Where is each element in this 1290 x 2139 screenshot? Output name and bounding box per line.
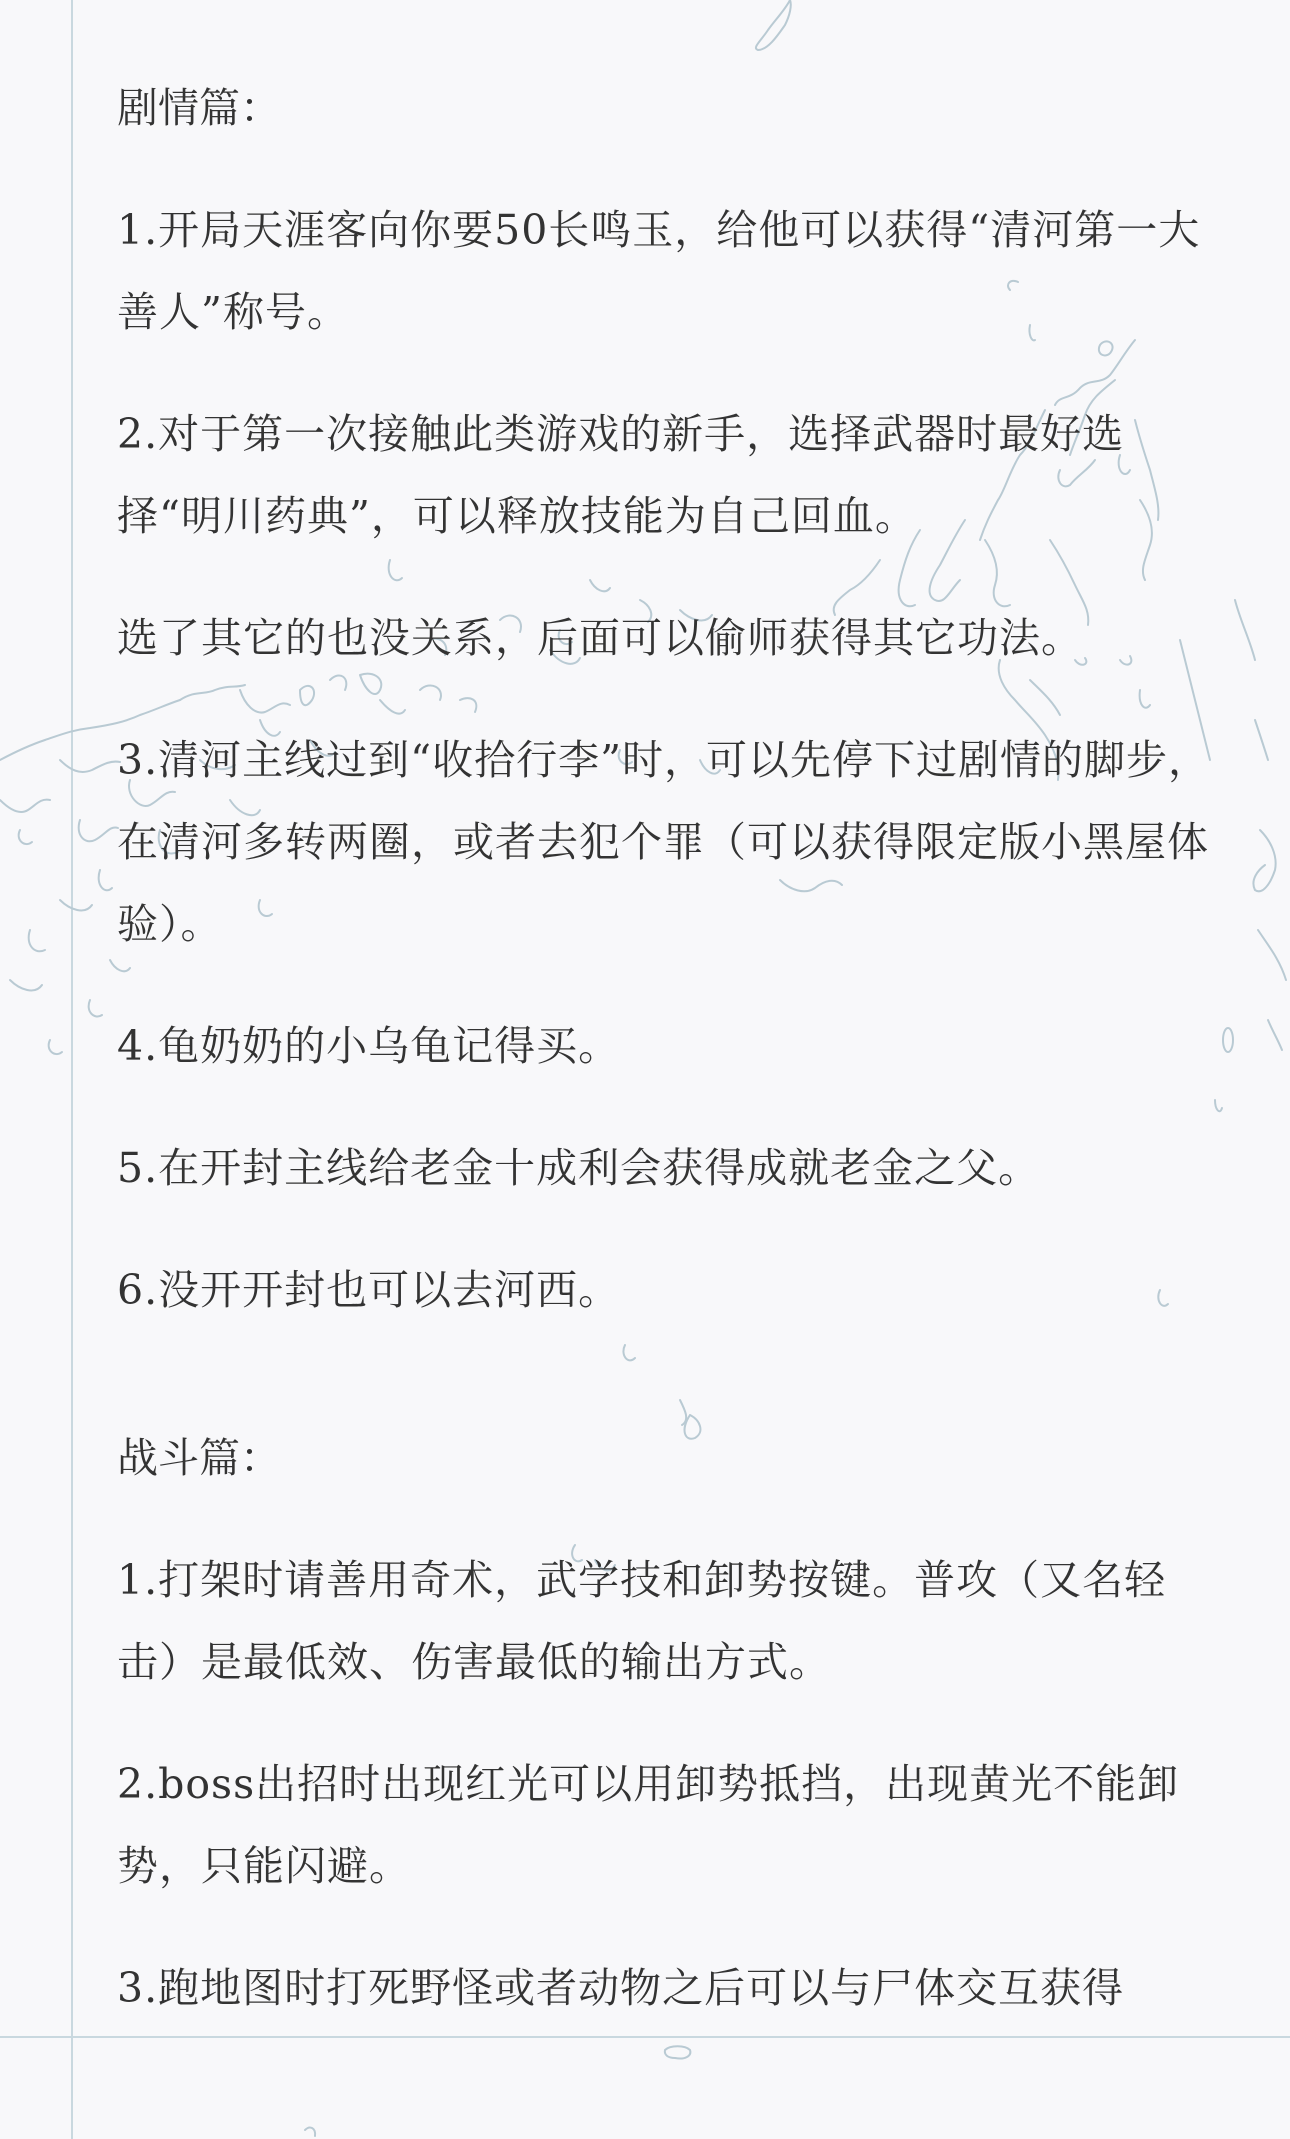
story-tip-4: 4.龟奶奶的小乌龟记得买。 — [117, 1005, 1227, 1087]
article-content: 剧情篇： 1.开局天涯客向你要50长鸣玉，给他可以获得“清河第一大善人”称号。 … — [117, 67, 1227, 2069]
section-title-story: 剧情篇： — [117, 67, 1227, 149]
story-tip-6: 6.没开开封也可以去河西。 — [117, 1249, 1227, 1331]
story-tip-2-note: 选了其它的也没关系，后面可以偷师获得其它功法。 — [117, 597, 1227, 679]
story-section: 剧情篇： 1.开局天涯客向你要50长鸣玉，给他可以获得“清河第一大善人”称号。 … — [117, 67, 1227, 1331]
story-tip-1: 1.开局天涯客向你要50长鸣玉，给他可以获得“清河第一大善人”称号。 — [117, 189, 1227, 353]
combat-tip-2: 2.boss出招时出现红光可以用卸势抵挡，出现黄光不能卸势，只能闪避。 — [117, 1743, 1227, 1907]
story-tip-3: 3.清河主线过到“收拾行李”时，可以先停下过剧情的脚步，在清河多转两圈，或者去犯… — [117, 719, 1227, 965]
section-title-combat: 战斗篇： — [117, 1417, 1227, 1499]
vertical-margin-line — [71, 0, 73, 2139]
story-tip-2: 2.对于第一次接触此类游戏的新手，选择武器时最好选择“明川药典”，可以释放技能为… — [117, 393, 1227, 557]
combat-section: 战斗篇： 1.打架时请善用奇术，武学技和卸势按键。普攻（又名轻击）是最低效、伤害… — [117, 1417, 1227, 2029]
story-tip-5: 5.在开封主线给老金十成利会获得成就老金之父。 — [117, 1127, 1227, 1209]
combat-tip-1: 1.打架时请善用奇术，武学技和卸势按键。普攻（又名轻击）是最低效、伤害最低的输出… — [117, 1539, 1227, 1703]
combat-tip-3: 3.跑地图时打死野怪或者动物之后可以与尸体交互获得 — [117, 1947, 1227, 2029]
